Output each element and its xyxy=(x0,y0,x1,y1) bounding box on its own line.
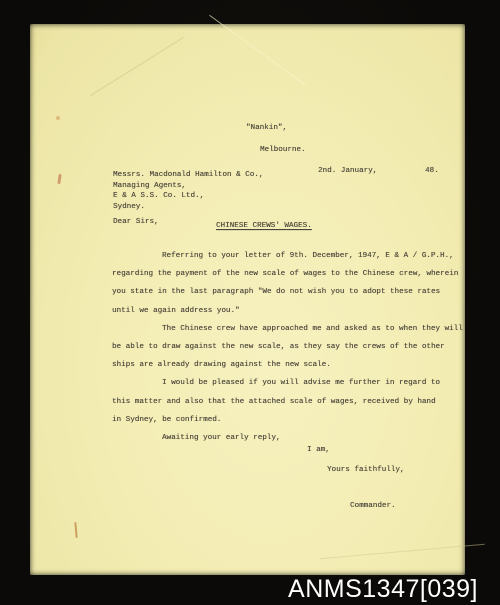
closing-signature: Commander. xyxy=(350,502,396,510)
body-line: ships are already drawing against the ne… xyxy=(112,356,462,374)
closing-i-am: I am, xyxy=(307,446,330,454)
recipient-line: Sydney. xyxy=(113,202,263,213)
letter-body: Referring to your letter of 9th. Decembe… xyxy=(112,247,462,447)
salutation: Dear Sirs, xyxy=(113,218,159,226)
body-line: Awaiting your early reply, xyxy=(112,429,462,447)
body-line: until we again address you." xyxy=(112,302,462,320)
recipient-line: Managing Agents, xyxy=(113,181,263,192)
date-line: 2nd. January, xyxy=(318,167,377,175)
ship-name: "Nankin", xyxy=(246,124,287,132)
paper-crease xyxy=(90,37,184,96)
body-line: regarding the payment of the new scale o… xyxy=(112,265,462,283)
letter-page: "Nankin", Melbourne. 2nd. January, 48. M… xyxy=(30,24,465,575)
paper-stain xyxy=(57,174,61,184)
paper-crease xyxy=(320,544,484,559)
date-year: 48. xyxy=(425,167,439,175)
body-line: I would be pleased if you will advise me… xyxy=(112,374,462,392)
recipient-address: Messrs. Macdonald Hamilton & Co., Managi… xyxy=(113,170,263,213)
city-line: Melbourne. xyxy=(260,146,306,154)
archive-label: ANMS1347[039] xyxy=(288,576,478,602)
recipient-line: Messrs. Macdonald Hamilton & Co., xyxy=(113,170,263,181)
body-line: in Sydney, be confirmed. xyxy=(112,411,462,429)
body-line: The Chinese crew have approached me and … xyxy=(112,320,462,338)
paper-stain xyxy=(74,522,77,538)
recipient-line: E & A S.S. Co. Ltd., xyxy=(113,191,263,202)
paper-stain xyxy=(56,116,60,120)
body-line: this matter and also that the attached s… xyxy=(112,393,462,411)
body-line: you state in the last paragraph "We do n… xyxy=(112,283,462,301)
body-line: Referring to your letter of 9th. Decembe… xyxy=(112,247,462,265)
subject-heading: CHINESE CREWS' WAGES. xyxy=(216,222,312,230)
closing-yours-faithfully: Yours faithfully, xyxy=(327,466,404,474)
body-line: be able to draw against the new scale, a… xyxy=(112,338,462,356)
paper-crease xyxy=(209,15,307,86)
scan-background: "Nankin", Melbourne. 2nd. January, 48. M… xyxy=(0,0,500,605)
